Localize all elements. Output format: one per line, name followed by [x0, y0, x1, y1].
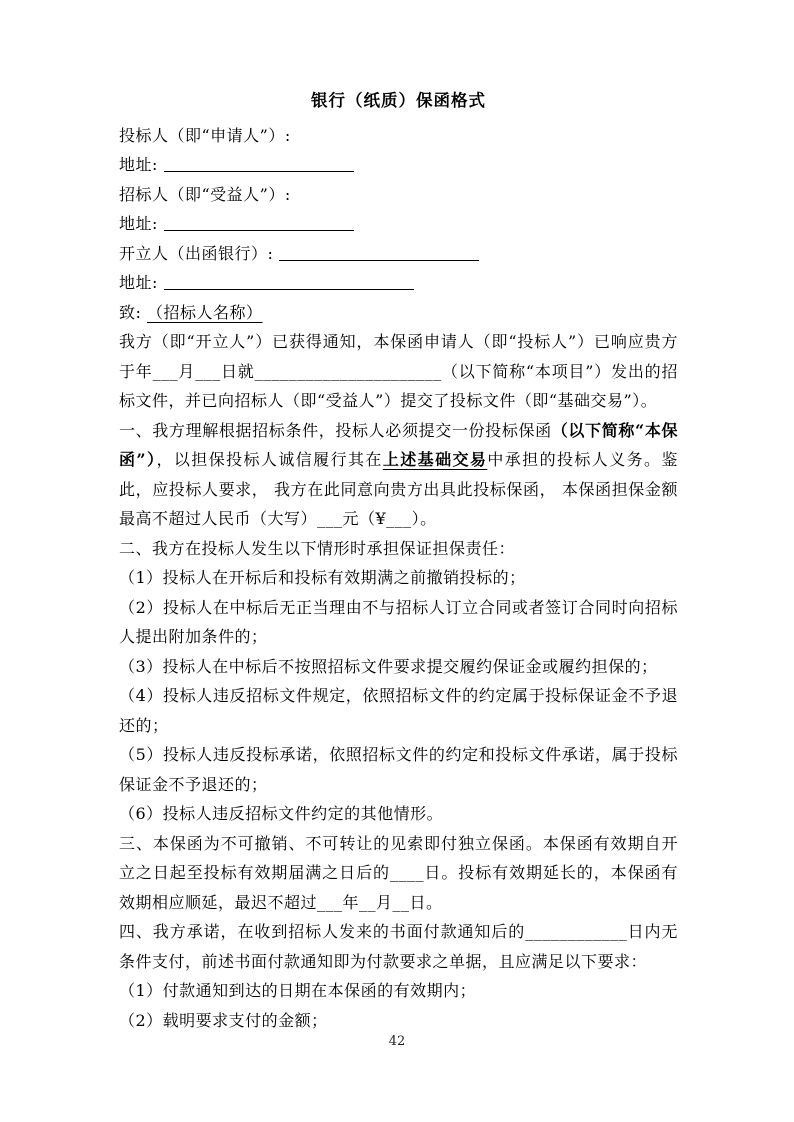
clause-1: 一、我方理解根据招标条件，投标人必须提交一份投标保函（以下简称“本保函”），以担… — [119, 416, 678, 534]
clause-1-pre: 一、我方理解根据招标条件，投标人必须提交一份投标保函 — [119, 421, 552, 440]
to-value: （招标人名称） — [147, 303, 263, 322]
field-bidder: 投标人（即“申请人”）: — [119, 121, 678, 151]
page-number: 42 — [0, 1034, 794, 1049]
clause-2-item-1: （1）投标人在开标后和投标有效期满之前撤销投标的； — [119, 563, 678, 593]
clause-3: 三、本保函为不可撤销、不可转让的见索即付独立保函。本保函有效期自开立之日起至投标… — [119, 829, 678, 918]
blank-address-2 — [164, 216, 354, 231]
document-page: 银行（纸质）保函格式 投标人（即“申请人”）: 地址: 招标人（即“受益人”）:… — [0, 0, 794, 1122]
clause-2-item-2: （2）投标人在中标后无正当理由不与招标人订立合同或者签订合同时向招标人提出附加条… — [119, 593, 678, 652]
field-issuer: 开立人（出函银行）: — [119, 239, 678, 269]
blank-address-1 — [164, 157, 354, 172]
clause-1-mid: ，以担保投标人诚信履行其在 — [156, 450, 382, 469]
document-content: 银行（纸质）保函格式 投标人（即“申请人”）: 地址: 招标人（即“受益人”）:… — [119, 86, 678, 1035]
clause-2-item-4: （4）投标人违反招标文件规定，依照招标文件的约定属于投标保证金不予退还的； — [119, 681, 678, 740]
field-to: 致: （招标人名称） — [119, 298, 678, 328]
clause-1-bold-transaction: 上述基础交易 — [383, 450, 487, 469]
field-tenderer: 招标人（即“受益人”）: — [119, 180, 678, 210]
clause-2-head: 二、我方在投标人发生以下情形时承担保证担保责任： — [119, 534, 678, 564]
address-3-label: 地址: — [119, 273, 158, 292]
clause-2-item-6: （6）投标人违反招标文件约定的其他情形。 — [119, 799, 678, 829]
address-1-label: 地址: — [119, 155, 158, 174]
clause-4-item-1: （1）付款通知到达的日期在本保函的有效期内； — [119, 976, 678, 1006]
field-address-3: 地址: — [119, 268, 678, 298]
field-address-2: 地址: — [119, 209, 678, 239]
intro-paragraph: 我方（即“开立人”）已获得通知，本保函申请人（即“投标人”）已响应贵方于年___… — [119, 327, 678, 416]
blank-issuer — [279, 246, 479, 261]
issuer-label: 开立人（出函银行）: — [119, 244, 273, 263]
clause-2-item-5: （5）投标人违反投标承诺，依照招标文件的约定和投标文件承诺，属于投标保证金不予退… — [119, 740, 678, 799]
clause-2-item-3: （3）投标人在中标后不按照招标文件要求提交履约保证金或履约担保的； — [119, 652, 678, 682]
address-2-label: 地址: — [119, 214, 158, 233]
clause-4-head: 四、我方承诺，在收到招标人发来的书面付款通知后的____________日内无条… — [119, 917, 678, 976]
clause-4-item-2: （2）载明要求支付的金额； — [119, 1006, 678, 1036]
document-title: 银行（纸质）保函格式 — [119, 86, 678, 116]
field-address-1: 地址: — [119, 150, 678, 180]
blank-address-3 — [164, 275, 414, 290]
to-label: 致: — [119, 303, 141, 322]
